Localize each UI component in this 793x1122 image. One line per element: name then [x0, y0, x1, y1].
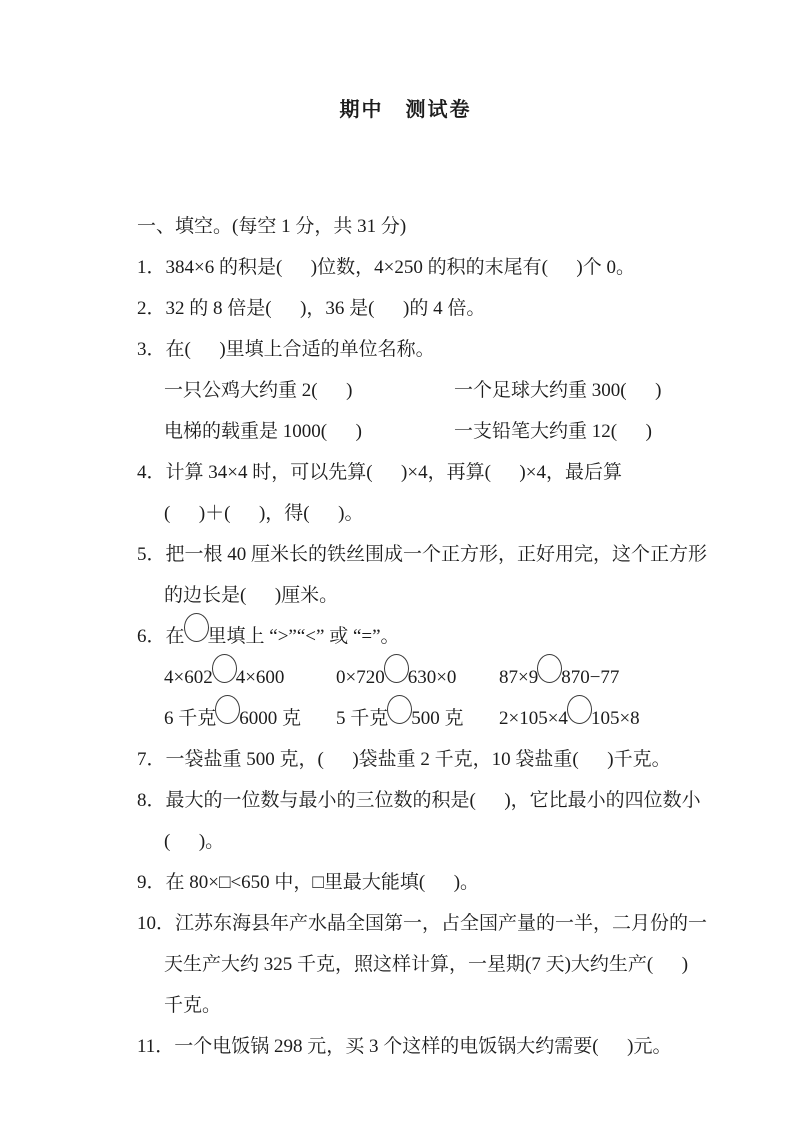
comparison-6-left: 2×105×4 — [499, 708, 568, 729]
question-4-number: 4． — [137, 452, 166, 493]
answer-circle — [387, 695, 412, 724]
comparison-2-left: 0×720 — [336, 667, 385, 688]
question-1-number: 1． — [137, 247, 166, 288]
comparison-1: 4×6024×600 — [164, 657, 336, 698]
question-8-text: 最大的一位数与最小的三位数的积是( )，它比最小的四位数小 — [166, 790, 701, 811]
question-10-continuation-2-text: 千克。 — [164, 995, 221, 1016]
comparison-4: 6 千克6000 克 — [164, 698, 336, 739]
question-10-continuation-1-text: 天生产大约 325 千克，照这样计算，一星期(7 天)大约生产( ) — [164, 954, 688, 975]
answer-circle — [215, 695, 240, 724]
question-3-unit-rooster: 一只公鸡大约重 2( ) — [164, 370, 454, 411]
question-2-text: 32 的 8 倍是( )，36 是( )的 4 倍。 — [166, 298, 486, 319]
section-heading-text: 一、填空。(每空 1 分，共 31 分) — [137, 216, 406, 237]
question-3-unit-football: 一个足球大约重 300( ) — [454, 370, 661, 411]
question-6-number: 6． — [137, 616, 166, 657]
section-heading: 一、填空。(每空 1 分，共 31 分) — [118, 165, 693, 206]
page-title: 期中 测试卷 — [118, 96, 693, 124]
comparison-2: 0×720630×0 — [336, 657, 499, 698]
answer-circle — [537, 654, 562, 683]
answer-circle — [184, 613, 209, 642]
comparison-1-right: 4×600 — [236, 667, 285, 688]
answer-circle — [212, 654, 237, 683]
question-3-text: 在( )里填上合适的单位名称。 — [166, 339, 435, 360]
comparison-3-right: 870−77 — [561, 667, 619, 688]
question-1-text: 384×6 的积是( )位数，4×250 的积的末尾有( )个 0。 — [166, 257, 636, 278]
comparison-1-left: 4×602 — [164, 667, 213, 688]
test-paper-page: 期中 测试卷 一、填空。(每空 1 分，共 31 分) 1．384×6 的积是(… — [0, 0, 793, 1122]
question-5-number: 5． — [137, 534, 166, 575]
question-9-text: 在 80×□<650 中，□里最大能填( )。 — [166, 872, 480, 893]
comparison-5-right: 500 克 — [411, 708, 463, 729]
question-3-unit-elevator: 电梯的载重是 1000( ) — [164, 411, 454, 452]
question-8-continuation-text: ( )。 — [164, 831, 224, 852]
comparison-4-right: 6000 克 — [239, 708, 301, 729]
answer-circle — [567, 695, 592, 724]
question-10-text: 江苏东海县年产水晶全国第一，占全国产量的一半，二月份的一 — [175, 913, 707, 934]
question-3-number: 3． — [137, 329, 166, 370]
comparison-2-right: 630×0 — [408, 667, 457, 688]
comparison-6: 2×105×4105×8 — [499, 698, 640, 739]
comparison-4-left: 6 千克 — [164, 708, 216, 729]
answer-circle — [384, 654, 409, 683]
question-7-number: 7． — [137, 739, 166, 780]
question-3-unit-pencil: 一支铅笔大约重 12( ) — [454, 411, 652, 452]
question-11-text: 一个电饭锅 298 元，买 3 个这样的电饭锅大约需要( )元。 — [174, 1036, 671, 1057]
question-5-continuation-text: 的边长是( )厘米。 — [164, 585, 338, 606]
question-8-number: 8． — [137, 780, 166, 821]
question-4-continuation-text: ( )＋( )，得( )。 — [164, 503, 363, 524]
question-7-text: 一袋盐重 500 克，( )袋盐重 2 千克，10 袋盐重( )千克。 — [166, 749, 671, 770]
question-4-text: 计算 34×4 时，可以先算( )×4，再算( )×4，最后算 — [166, 462, 622, 483]
comparison-3-left: 87×9 — [499, 667, 538, 688]
question-2-number: 2． — [137, 288, 166, 329]
question-11-number: 11． — [137, 1026, 174, 1067]
comparison-3: 87×9870−77 — [499, 657, 619, 698]
comparison-6-right: 105×8 — [591, 708, 640, 729]
comparison-5: 5 千克500 克 — [336, 698, 499, 739]
question-6-suffix: 里填上 “>”“<” 或 “=”。 — [208, 626, 400, 647]
comparison-5-left: 5 千克 — [336, 708, 388, 729]
question-9-number: 9． — [137, 862, 166, 903]
question-10-number: 10． — [137, 903, 175, 944]
question-5-text: 把一根 40 厘米长的铁丝围成一个正方形，正好用完，这个正方形 — [166, 544, 708, 565]
question-6-prefix: 在 — [166, 626, 185, 647]
